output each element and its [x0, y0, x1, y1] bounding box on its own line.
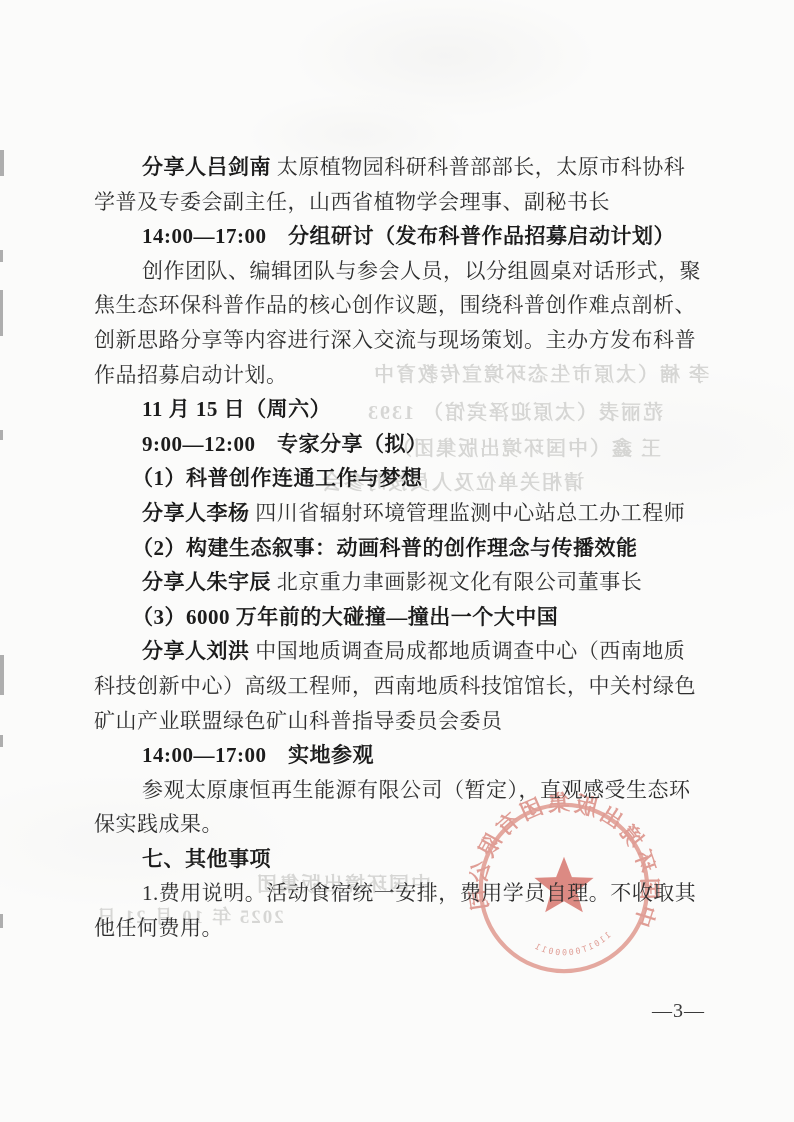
- bold-text-segment: （1）科普创作连通工作与梦想: [132, 466, 423, 490]
- text-segment: 参观太原康恒再生能源有限公司（暂定），直观感受生态环: [142, 778, 691, 802]
- edge-artifact: [0, 655, 4, 695]
- bold-text-segment: 14:00—17:00 实地参观: [142, 743, 374, 767]
- text-line-12: （2）构建生态叙事：动画科普的创作理念与传播效能: [94, 531, 720, 566]
- edge-artifact: [0, 430, 3, 440]
- bold-text-segment: 分享人朱宇辰: [142, 570, 271, 594]
- text-line-14: （3）6000 万年前的大碰撞—撞出一个大中国: [94, 600, 720, 635]
- text-segment: 学普及专委会副主任，山西省植物学会理事、副秘书长: [94, 190, 610, 214]
- bold-text-segment: 分享人刘洪: [142, 639, 250, 663]
- bold-text-segment: （2）构建生态叙事：动画科普的创作理念与传播效能: [132, 536, 638, 560]
- text-line-10: （1）科普创作连通工作与梦想: [94, 461, 720, 496]
- text-line-3: 14:00—17:00 分组研讨（发布科普作品招募启动计划）: [94, 219, 720, 254]
- text-segment: 中国地质调查局成都地质调查中心（西南地质: [250, 639, 686, 663]
- text-line-4: 创作团队、编辑团队与参会人员，以分组圆桌对话形式，聚: [94, 254, 720, 289]
- text-line-7: 作品招募启动计划。: [94, 358, 720, 393]
- text-line-5: 焦生态环保科普作品的核心创作议题，围绕科普创作难点剖析、: [94, 288, 720, 323]
- text-line-23: 他任何费用。: [94, 911, 720, 946]
- text-segment: 焦生态环保科普作品的核心创作议题，围绕科普创作难点剖析、: [94, 293, 696, 317]
- text-line-13: 分享人朱宇辰 北京重力聿画影视文化有限公司董事长: [94, 565, 720, 600]
- text-line-8: 11 月 15 日（周六）: [94, 392, 720, 427]
- text-line-2: 学普及专委会副主任，山西省植物学会理事、副秘书长: [94, 185, 720, 220]
- text-line-22: 1.费用说明。活动食宿统一安排，费用学员自理。不收取其: [94, 876, 720, 911]
- edge-artifact: [0, 150, 4, 176]
- bold-text-segment: 14:00—17:00 分组研讨（发布科普作品招募启动计划）: [142, 224, 675, 248]
- text-line-1: 分享人吕剑南 太原植物园科研科普部部长，太原市科协科: [94, 150, 720, 185]
- text-segment: 他任何费用。: [94, 916, 223, 940]
- bold-text-segment: 分享人吕剑南: [142, 155, 271, 179]
- text-line-6: 创新思路分享等内容进行深入交流与现场策划。主办方发布科普: [94, 323, 720, 358]
- bold-text-segment: 11 月 15 日（周六）: [142, 397, 331, 421]
- bold-text-segment: 分享人李杨: [142, 501, 250, 525]
- text-line-18: 14:00—17:00 实地参观: [94, 738, 720, 773]
- text-segment: 保实践成果。: [94, 812, 223, 836]
- text-line-9: 9:00—12:00 专家分享（拟）: [94, 427, 720, 462]
- text-line-15: 分享人刘洪 中国地质调查局成都地质调查中心（西南地质: [94, 634, 720, 669]
- text-segment: 创作团队、编辑团队与参会人员，以分组圆桌对话形式，聚: [142, 259, 701, 283]
- text-line-11: 分享人李杨 四川省辐射环境管理监测中心站总工办工程师: [94, 496, 720, 531]
- text-segment: 北京重力聿画影视文化有限公司董事长: [271, 570, 642, 594]
- page-number: —3—: [652, 1000, 705, 1023]
- text-line-16: 科技创新中心）高级工程师，西南地质科技馆馆长，中关村绿色: [94, 669, 720, 704]
- edge-artifact: [0, 735, 3, 747]
- edge-artifact: [0, 290, 3, 336]
- text-segment: 科技创新中心）高级工程师，西南地质科技馆馆长，中关村绿色: [94, 674, 696, 698]
- text-line-20: 保实践成果。: [94, 807, 720, 842]
- text-line-19: 参观太原康恒再生能源有限公司（暂定），直观感受生态环: [94, 773, 720, 808]
- bold-text-segment: 七、其他事项: [142, 847, 271, 871]
- text-segment: 矿山产业联盟绿色矿山科普指导委员会委员: [94, 709, 503, 733]
- edge-artifact: [0, 250, 3, 262]
- text-segment: 1.费用说明。活动食宿统一安排，费用学员自理。不收取其: [142, 881, 696, 905]
- text-segment: 太原植物园科研科普部部长，太原市科协科: [271, 155, 685, 179]
- bold-text-segment: 9:00—12:00 专家分享（拟）: [142, 432, 428, 456]
- text-segment: 作品招募启动计划。: [94, 363, 288, 387]
- bold-text-segment: （3）6000 万年前的大碰撞—撞出一个大中国: [132, 605, 558, 629]
- text-segment: 四川省辐射环境管理监测中心站总工办工程师: [250, 501, 686, 525]
- text-line-21: 七、其他事项: [94, 842, 720, 877]
- text-line-17: 矿山产业联盟绿色矿山科普指导委员会委员: [94, 704, 720, 739]
- edge-artifact: [0, 914, 3, 928]
- document-body: 分享人吕剑南 太原植物园科研科普部部长，太原市科协科学普及专委会副主任，山西省植…: [94, 150, 720, 946]
- text-segment: 创新思路分享等内容进行深入交流与现场策划。主办方发布科普: [94, 328, 696, 352]
